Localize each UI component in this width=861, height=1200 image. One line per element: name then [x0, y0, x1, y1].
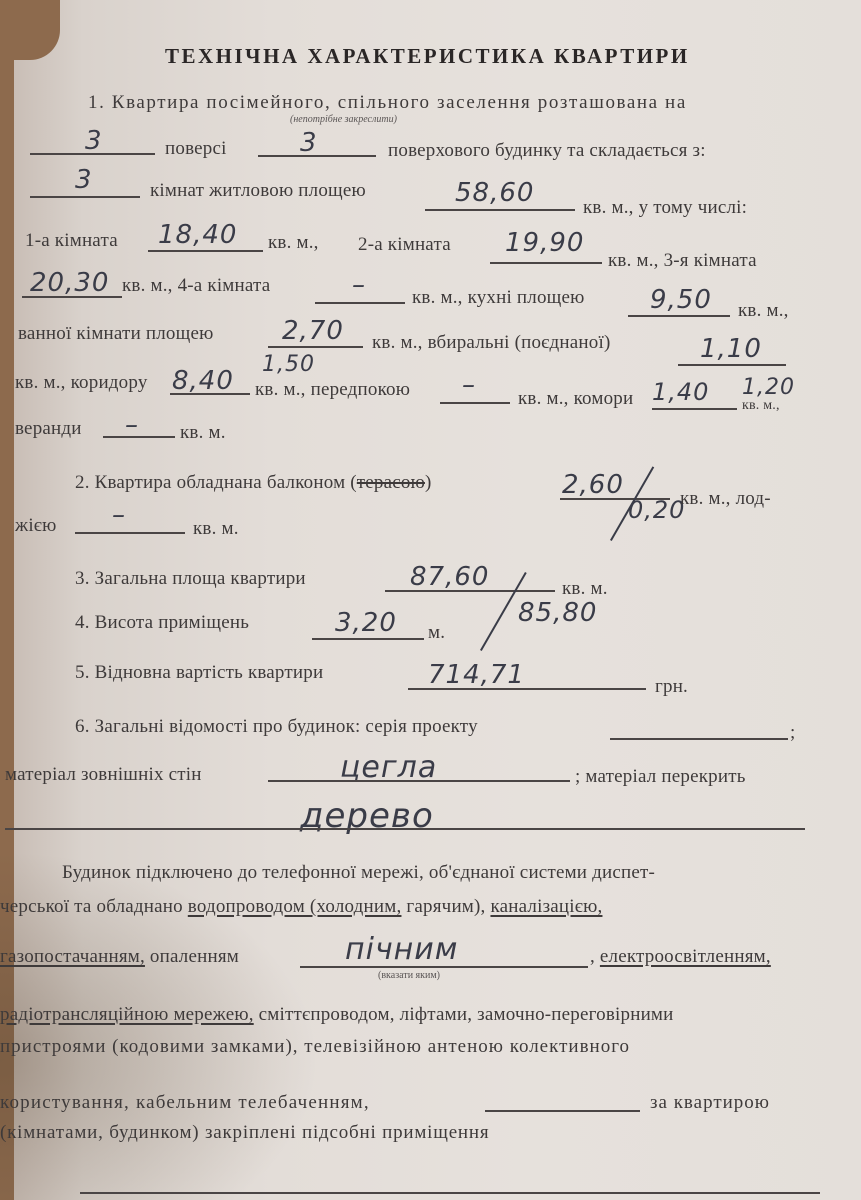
- floors-value: дерево: [300, 796, 434, 836]
- storage-value: 1,40: [652, 378, 709, 406]
- floors-label: ; матеріал перекрить: [575, 766, 746, 788]
- balcony-value-2: 0,20: [628, 496, 685, 524]
- cost-value: 714,71: [428, 660, 525, 690]
- veranda-unit: кв. м.: [180, 422, 226, 444]
- utilities-line3-end: , електроосвітленням,: [590, 946, 771, 968]
- balcony-value: 2,60: [562, 470, 624, 500]
- section4-label: 4. Висота приміщень: [75, 612, 249, 634]
- loggia-value: –: [112, 500, 126, 530]
- room1-value: 18,40: [158, 220, 237, 250]
- storage-value-2: 1,20: [742, 375, 795, 400]
- room3-unit: кв. м., 4-а кімната: [122, 275, 270, 297]
- utilities-line3: газопостачанням, опаленням: [0, 946, 239, 968]
- bathroom-value: 2,70: [282, 316, 344, 346]
- utilities-line7: (кімнатами, будинком) закріплені підсобн…: [0, 1122, 489, 1144]
- storage-unit: кв. м.,: [742, 398, 780, 414]
- height-value: 3,20: [335, 608, 397, 638]
- section1-intro: 1. Квартира посімейного, спільного засел…: [88, 92, 687, 114]
- struck-terrace: терасою: [357, 472, 425, 493]
- series-end: ;: [790, 722, 795, 744]
- room2-value: 19,90: [505, 228, 584, 258]
- section5-label: 5. Відновна вартість квартири: [75, 662, 323, 684]
- cost-unit: грн.: [655, 676, 688, 698]
- section6-label: 6. Загальні відомості про будинок: серія…: [75, 716, 478, 738]
- section3-label: 3. Загальна площа квартири: [75, 568, 306, 590]
- heating-hint: (вказати яким): [378, 970, 440, 981]
- hall-value: –: [462, 370, 476, 400]
- storeys-value: 3: [300, 128, 318, 158]
- total-area-value-2: 85,80: [518, 598, 597, 628]
- utilities-line6-end: за квартирою: [650, 1092, 770, 1114]
- corridor-value: 8,40: [172, 366, 234, 396]
- section2-label: 2. Квартира обладнана балконом (терасою): [75, 472, 432, 494]
- room1-unit: кв. м.,: [268, 232, 319, 254]
- floor-value: 3: [85, 126, 103, 156]
- floor-label: поверсі: [165, 138, 227, 160]
- height-unit: м.: [428, 622, 445, 644]
- section1-hint: (непотрібне закреслити): [290, 114, 397, 125]
- utilities-line6: користування, кабельним телебаченням,: [0, 1092, 370, 1114]
- walls-label: матеріал зовнішніх стін: [5, 764, 202, 786]
- loggia-unit: кв. м.: [193, 518, 239, 540]
- living-area-value: 58,60: [455, 178, 534, 208]
- veranda-label: веранди: [15, 418, 82, 440]
- total-area-unit: кв. м.: [562, 578, 608, 600]
- rooms-value: 3: [75, 165, 93, 195]
- rooms-label: кімнат житловою площею: [150, 180, 366, 202]
- storeys-label: поверхового будинку та складається з:: [388, 140, 706, 162]
- room3-value: 20,30: [30, 268, 109, 298]
- corridor-label: кв. м., коридору: [15, 372, 148, 394]
- document-title: ТЕХНІЧНА ХАРАКТЕРИСТИКА КВАРТИРИ: [165, 44, 690, 69]
- utilities-line5: пристроями (кодовими замками), телевізій…: [0, 1036, 630, 1058]
- room4-value: –: [352, 270, 366, 300]
- utilities-line1: Будинок підключено до телефонної мережі,…: [62, 862, 655, 884]
- bathroom-unit: кв. м., вбиральні (поєднаної): [372, 332, 610, 354]
- utilities-line2: черської та обладнано водопроводом (холо…: [0, 896, 602, 918]
- balcony-unit: кв. м., лод-: [680, 488, 771, 510]
- room2-unit: кв. м., 3-я кімната: [608, 250, 757, 272]
- total-area-value: 87,60: [410, 562, 489, 592]
- utilities-line4: радіотрансляційною мережею, сміттєпровод…: [0, 1004, 674, 1026]
- loggia-label: жією: [15, 515, 57, 537]
- toilet-value: 1,10: [700, 334, 762, 364]
- room4-unit: кв. м., кухні площею: [412, 287, 585, 309]
- corridor-value-2: 1,50: [262, 352, 315, 377]
- room1-label: 1-а кімната: [25, 230, 118, 252]
- hall-unit: кв. м., комори: [518, 388, 633, 410]
- bathroom-label: ванної кімнати площею: [18, 323, 214, 345]
- corridor-unit: кв. м., передпокою: [255, 379, 410, 401]
- room2-label: 2-а кімната: [358, 234, 451, 256]
- kitchen-value: 9,50: [650, 285, 712, 315]
- kitchen-unit: кв. м.,: [738, 300, 789, 322]
- heating-value: пічним: [345, 932, 458, 967]
- living-area-unit: кв. м., у тому числі:: [583, 197, 747, 219]
